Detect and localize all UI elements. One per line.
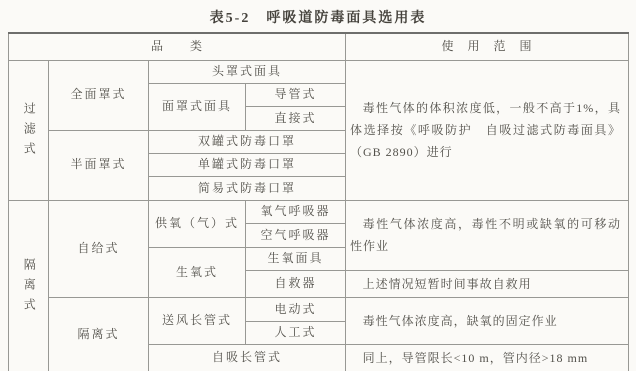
cell-fixed-usage: 毒性气体浓度高，缺氧的固定作业	[346, 298, 629, 345]
cell-self-contained: 自给式	[49, 200, 149, 297]
cell-rescue-usage: 上述情况短暂时间事故自救用	[346, 271, 629, 298]
respirator-selection-table: 品 类 使 用 范 围 过滤式 全面罩式 头罩式面具 毒性气体的体积浓度低，一般…	[8, 32, 629, 371]
cell-hose-usage: 同上，导管限长<10 m，管内径>18 mm	[346, 344, 629, 371]
cell-oxygen-generating-type: 生氧式	[149, 247, 246, 298]
cell-oxygen-generating-mask: 生氧面具	[246, 247, 346, 270]
cell-simple-respirator: 简易式防毒口罩	[149, 177, 346, 200]
cell-oxygen-respirator: 氧气呼吸器	[246, 200, 346, 223]
isolation-type-label: 隔离式	[21, 258, 37, 318]
cell-direct-type: 直接式	[246, 107, 346, 130]
header-row: 品 类 使 用 范 围	[9, 33, 629, 60]
cell-electric-type: 电动式	[246, 298, 346, 321]
cell-mobile-usage: 毒性气体浓度高，毒性不明或缺氧的可移动性作业	[346, 200, 629, 270]
cell-isolation-subtype: 隔离式	[49, 298, 149, 371]
cell-face-mask: 面罩式面具	[149, 83, 246, 130]
cell-duct-type: 导管式	[246, 83, 346, 106]
cell-filter-type: 过滤式	[9, 60, 49, 200]
cell-half-face-mask: 半面罩式	[49, 130, 149, 200]
cell-manual-type: 人工式	[246, 321, 346, 344]
cell-single-canister-respirator: 单罐式防毒口罩	[149, 154, 346, 177]
cell-air-respirator: 空气呼吸器	[246, 224, 346, 247]
cell-self-rescuer: 自救器	[246, 271, 346, 298]
table-title: 表5-2 呼吸道防毒面具选用表	[0, 0, 636, 31]
cell-full-face-mask: 全面罩式	[49, 60, 149, 130]
table-row: 过滤式 全面罩式 头罩式面具 毒性气体的体积浓度低，一般不高于1%，具体选择按《…	[9, 60, 629, 83]
filter-type-label: 过滤式	[21, 102, 37, 162]
table-row: 隔离式 送风长管式 电动式 毒性气体浓度高，缺氧的固定作业	[9, 298, 629, 321]
cell-filter-usage: 毒性气体的体积浓度低，一般不高于1%，具体选择按《呼吸防护 自吸过滤式防毒面具》…	[346, 60, 629, 200]
header-usage-cell: 使 用 范 围	[346, 33, 629, 60]
document-page: 表5-2 呼吸道防毒面具选用表 品 类 使 用 范 围 过滤式 全面罩式 头罩式…	[0, 0, 636, 371]
header-category-cell: 品 类	[9, 33, 346, 60]
cell-isolation-type: 隔离式	[9, 200, 49, 371]
cell-oxygen-supply-type: 供氧（气）式	[149, 200, 246, 247]
cell-double-canister-respirator: 双罐式防毒口罩	[149, 130, 346, 153]
table-row: 隔离式 自给式 供氧（气）式 氧气呼吸器 毒性气体浓度高，毒性不明或缺氧的可移动…	[9, 200, 629, 223]
cell-hood-mask: 头罩式面具	[149, 60, 346, 83]
cell-air-supplied-hose-type: 送风长管式	[149, 298, 246, 345]
cell-self-priming-hose-type: 自吸长管式	[149, 344, 346, 371]
